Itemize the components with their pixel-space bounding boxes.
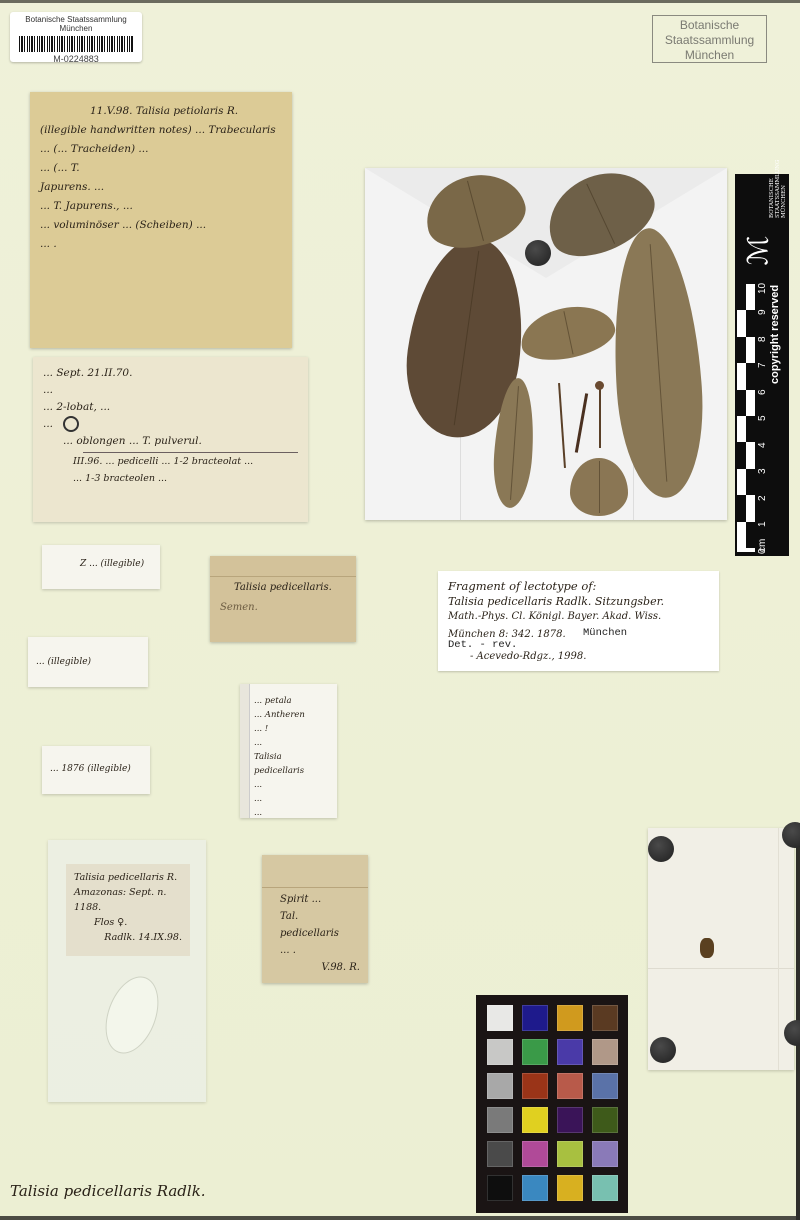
color-swatch xyxy=(487,1039,513,1065)
color-swatch xyxy=(487,1107,513,1133)
spirit-line: V.98. R. xyxy=(280,959,360,976)
magnet xyxy=(648,836,674,862)
note2-line: ... 2-lobat, ... xyxy=(43,399,298,416)
institution-stamp: Botanische Staatssammlung München xyxy=(652,15,767,63)
packet-fold xyxy=(262,887,368,888)
stamp-line-1: Botanische xyxy=(653,18,766,33)
det-line-3: Math.-Phys. Cl. Königl. Bayer. Akad. Wis… xyxy=(448,609,709,624)
color-swatch xyxy=(557,1175,583,1201)
color-swatch xyxy=(557,1039,583,1065)
barcode-icon xyxy=(19,36,134,52)
color-swatch xyxy=(487,1141,513,1167)
small-packet-3: ... 1876 (illegible) xyxy=(42,746,150,794)
leaf-envelope xyxy=(365,168,727,520)
packet-fold xyxy=(210,576,356,577)
packet-fold xyxy=(648,968,794,969)
cello-line: Amazonas: Sept. n. 1188. xyxy=(74,885,182,915)
scanner-edge-top xyxy=(0,0,800,3)
color-swatch xyxy=(557,1005,583,1031)
color-swatch xyxy=(557,1073,583,1099)
color-swatch xyxy=(592,1005,618,1031)
color-swatch xyxy=(557,1107,583,1133)
scale-checker xyxy=(737,284,755,552)
note1-line: ... voluminöser ... (Scheiben) ... xyxy=(40,216,282,235)
species-name-handwritten: Talisia pedicellaris Radlk. xyxy=(10,1182,206,1200)
copyright-text: copyright reserved xyxy=(769,285,781,384)
color-swatch xyxy=(522,1175,548,1201)
folded-note-line: ... xyxy=(254,736,331,750)
handwritten-note-2: ... Sept. 21.II.70. ... ... 2-lobat, ...… xyxy=(33,357,308,522)
det-line-2: Talisia pedicellaris Radlk. Sitzungsber. xyxy=(448,594,709,609)
cellophane-label: Talisia pedicellaris R. Amazonas: Sept. … xyxy=(66,864,190,956)
cello-line: Flos ♀. xyxy=(74,915,182,930)
color-swatch xyxy=(487,1005,513,1031)
det-city: München xyxy=(583,627,627,639)
leaf-middle xyxy=(516,299,619,368)
folded-note: ... petala ... Antheren ... ! ... Talisi… xyxy=(240,684,337,818)
spirit-line: Spirit ... xyxy=(280,891,360,908)
note2-line: ... oblongen ... T. pulverul. xyxy=(43,433,298,450)
herbarium-sheet: Botanische Staatssammlung München M-0224… xyxy=(0,0,800,1220)
folded-note-line: ... Antheren xyxy=(254,708,331,722)
color-swatch xyxy=(487,1073,513,1099)
spirit-line: Tal. pedicellaris xyxy=(280,908,360,942)
note1-line: ... (... Tracheiden) ... xyxy=(40,140,282,159)
color-swatch xyxy=(592,1039,618,1065)
note2-line: ... 1-3 bracteolen ... xyxy=(43,470,298,487)
color-checker xyxy=(476,995,628,1213)
scale-ticks: 0 1 2 3 4 5 6 7 8 9 10 xyxy=(757,286,769,554)
folded-note-line: Talisia pedicellaris xyxy=(254,750,331,778)
note1-line: (illegible handwritten notes) ... Trabec… xyxy=(40,121,282,140)
note2-line: III.96. ... pedicelli ... 1-2 bracteolat… xyxy=(43,453,298,470)
barcode-label: Botanische Staatssammlung München M-0224… xyxy=(10,12,142,62)
scale-unit: cm xyxy=(757,539,768,552)
color-swatch xyxy=(557,1141,583,1167)
det-line-1: Fragment of lectotype of: xyxy=(448,579,709,594)
cello-line: Talisia pedicellaris R. xyxy=(74,870,182,885)
packet-text: ... 1876 (illegible) xyxy=(50,751,142,775)
handwritten-note-1: 11.V.98. Talisia petiolaris R. (illegibl… xyxy=(30,92,292,348)
determination-label: Fragment of lectotype of: Talisia pedice… xyxy=(438,571,719,671)
note1-line: ... . xyxy=(40,235,282,254)
color-swatch xyxy=(592,1175,618,1201)
magnet xyxy=(650,1037,676,1063)
plant-fragment xyxy=(700,938,714,958)
det-rev: Det. - rev. xyxy=(448,639,709,651)
fragment-packet xyxy=(648,828,794,1070)
msb-logo-icon: ℳ xyxy=(741,236,774,266)
note2-line: ... xyxy=(43,382,298,399)
color-swatch xyxy=(522,1039,548,1065)
small-packet-1: Z ... (illegible) xyxy=(42,545,160,589)
det-determiner: - Acevedo-Rdgz., 1998. xyxy=(448,651,709,662)
note2-line: ... xyxy=(43,416,298,433)
folded-note-line: ... xyxy=(254,792,331,806)
packet-text: Z ... (illegible) xyxy=(50,550,152,570)
spirit-line: ... . xyxy=(280,942,360,959)
stamp-line-3: München xyxy=(653,48,766,63)
packet-content: Semen. xyxy=(220,598,346,618)
folded-note-line: ... xyxy=(254,778,331,792)
note1-line: ... (... T. xyxy=(40,159,282,178)
scale-bar: ℳ BOTANISCHE STAATSSAMMLUNG MÜNCHEN 0 1 … xyxy=(735,174,789,556)
packet-text: ... (illegible) xyxy=(36,642,140,668)
packet-fold xyxy=(778,828,779,1070)
folded-note-line: ... xyxy=(254,806,331,820)
color-swatch xyxy=(522,1141,548,1167)
barcode-institution: Botanische Staatssammlung München xyxy=(10,15,142,33)
color-swatch xyxy=(522,1107,548,1133)
color-swatch-grid xyxy=(484,1005,620,1201)
ovary-sketch-icon xyxy=(63,416,79,432)
note1-title: 11.V.98. Talisia petiolaris R. xyxy=(40,102,282,121)
magnet xyxy=(525,240,551,266)
color-swatch xyxy=(592,1107,618,1133)
spirit-packet: Spirit ... Tal. pedicellaris ... . V.98.… xyxy=(262,855,368,983)
scanner-edge-bottom xyxy=(0,1216,800,1220)
stamp-line-2: Staatssammlung xyxy=(653,33,766,48)
color-swatch xyxy=(592,1141,618,1167)
color-swatch xyxy=(522,1073,548,1099)
color-swatch xyxy=(592,1073,618,1099)
cello-date: Radlk. 14.IX.98. xyxy=(74,930,182,945)
color-swatch xyxy=(487,1175,513,1201)
inflorescence-fragments xyxy=(555,383,605,473)
scale-institution: BOTANISCHE STAATSSAMMLUNG MÜNCHEN xyxy=(769,160,787,218)
barcode-number: M-0224883 xyxy=(10,54,142,64)
det-line-4: München 8: 342. 1878. xyxy=(448,629,566,640)
small-packet-2: ... (illegible) xyxy=(28,637,148,687)
note2-line: ... Sept. 21.II.70. xyxy=(43,365,298,382)
folded-note-line: ... petala xyxy=(254,694,331,708)
note1-line: Japurens. ... xyxy=(40,178,282,197)
note-fold-stripe xyxy=(240,684,250,818)
seed-packet-kraft: Talisia pedicellaris. Semen. xyxy=(210,556,356,642)
packet-species: Talisia pedicellaris. xyxy=(220,578,346,598)
folded-note-line: ... ! xyxy=(254,722,331,736)
color-swatch xyxy=(522,1005,548,1031)
note1-line: ... T. Japurens., ... xyxy=(40,197,282,216)
